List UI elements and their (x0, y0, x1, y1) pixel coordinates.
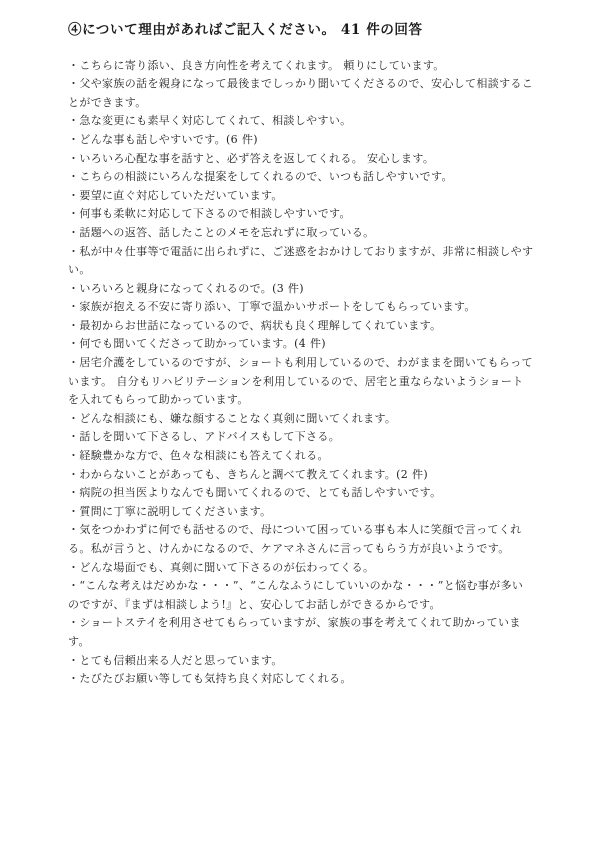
response-item: ・気をつかわずに何でも話せるので、母について困っている事も本人に笑顔で言ってくれ… (68, 521, 534, 558)
response-item: ・こちらの相談にいろんな提案をしてくれるので、いつも話しやすいです。 (68, 168, 534, 187)
response-item: ・いろいろと親身になってくれるので。(3 件) (68, 280, 534, 299)
response-item: ・質問に丁寧に説明してくださいます。 (68, 503, 534, 522)
response-item: ・どんな場面でも、真剣に聞いて下さるのが伝わってくる。 (68, 559, 534, 578)
response-item: ・何事も柔軟に対応して下さるので相談しやすいです。 (68, 205, 534, 224)
response-item: ・どんな事も話しやすいです。(6 件) (68, 131, 534, 150)
response-item: ・父や家族の話を親身になって最後までしっかり聞いてくださるので、安心して相談する… (68, 75, 534, 112)
response-item: ・いろいろ心配な事を話すと、必ず答えを返してくれる。 安心します。 (68, 150, 534, 169)
response-item: ・たびたびお願い等しても気持ち良く対応してくれる。 (68, 670, 534, 689)
response-item: ・要望に直ぐ対応していただいています。 (68, 187, 534, 206)
response-item: ・最初からお世話になっているので、病状も良く理解してくれています。 (68, 317, 534, 336)
response-item: ・ショートステイを利用させてもらっていますが、家族の事を考えてくれて助かっていま… (68, 614, 534, 651)
response-item: ・急な変更にも素早く対応してくれて、相談しやすい。 (68, 112, 534, 131)
response-item: ・こちらに寄り添い、良き方向性を考えてくれます。 頼りにしています。 (68, 57, 534, 76)
response-item: ・病院の担当医よりなんでも聞いてくれるので、とても話しやすいです。 (68, 484, 534, 503)
response-list: ・こちらに寄り添い、良き方向性を考えてくれます。 頼りにしています。・父や家族の… (68, 57, 534, 689)
page-title: ④について理由があればご記入ください。 41 件の回答 (68, 21, 534, 41)
response-item: ・家族が抱える不安に寄り添い、丁寧で温かいサポートをしてもらっています。 (68, 298, 534, 317)
response-item: ・話題への返答、話したことのメモを忘れずに取っている。 (68, 224, 534, 243)
response-item: ・“こんな考えはだめかな・・・”、“こんなふうにしていいのかな・・・”と悩む事が… (68, 577, 534, 614)
response-item: ・わからないことがあっても、きちんと調べて教えてくれます。(2 件) (68, 466, 534, 485)
response-item: ・どんな相談にも、嫌な顔することなく真剣に聞いてくれます。 (68, 410, 534, 429)
response-item: ・何でも聞いてくださって助かっています。(4 件) (68, 335, 534, 354)
document-page: ④について理由があればご記入ください。 41 件の回答 ・こちらに寄り添い、良き… (0, 0, 600, 849)
response-item: ・経験豊かな方で、色々な相談にも答えてくれる。 (68, 447, 534, 466)
response-item: ・とても信頼出来る人だと思っています。 (68, 652, 534, 671)
response-item: ・話しを聞いて下さるし、アドバイスもして下さる。 (68, 428, 534, 447)
response-item: ・私が中々仕事等で電話に出られずに、ご迷惑をおかけしておりますが、非常に相談しや… (68, 243, 534, 280)
response-item: ・居宅介護をしているのですが、ショートも利用しているので、わがままを聞いてもらっ… (68, 354, 534, 410)
